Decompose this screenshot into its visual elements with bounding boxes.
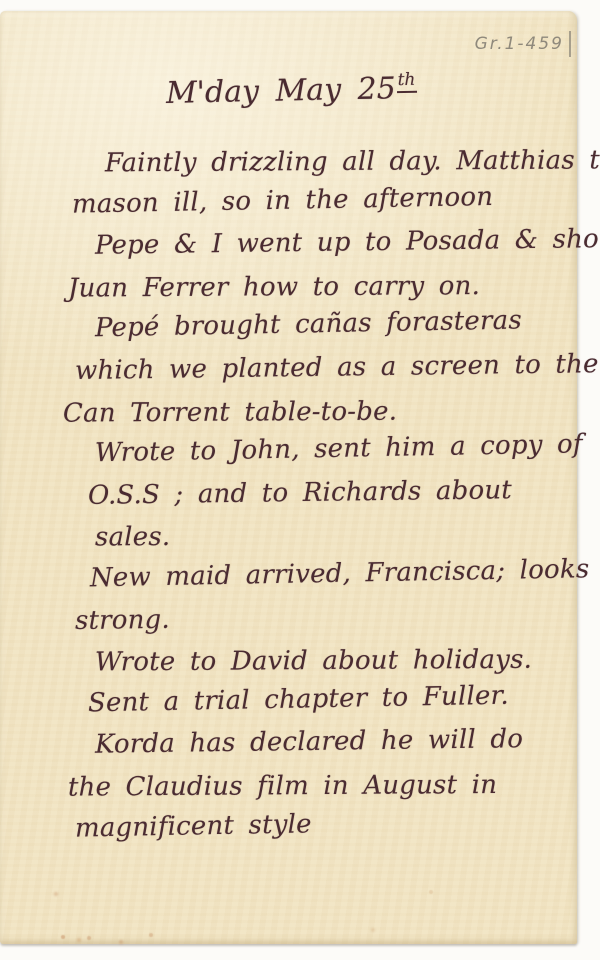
foxing-spots — [0, 11, 2, 13]
entry-body: Faintly drizzling all day. Matthias them… — [0, 145, 577, 852]
archive-reference: Gr.1-459 — [475, 31, 571, 57]
pencil-margin-line — [569, 31, 571, 57]
manuscript-line: Pepé brought cañas forasteras — [0, 301, 577, 353]
manuscript-line: Pepe & I went up to Posada & showed — [0, 221, 577, 270]
entry-date-text: M'day May 25 — [166, 71, 396, 111]
archive-reference-text: Gr.1-459 — [475, 34, 564, 54]
manuscript-line: Wrote to John, sent him a copy of — [0, 426, 577, 478]
entry-date-heading: M'day May 25th — [166, 70, 417, 111]
diary-page: Gr.1-459 M'day May 25th Faintly drizzlin… — [0, 11, 577, 944]
entry-date-superscript: th — [396, 70, 416, 93]
manuscript-scan: Gr.1-459 M'day May 25th Faintly drizzlin… — [0, 0, 600, 960]
manuscript-line: which we planted as a screen to the — [0, 345, 577, 394]
manuscript-line: strong. — [0, 595, 577, 644]
manuscript-line: O.S.S ; and to Richards about — [0, 470, 577, 519]
manuscript-line: Korda has declared he will do — [0, 720, 577, 769]
